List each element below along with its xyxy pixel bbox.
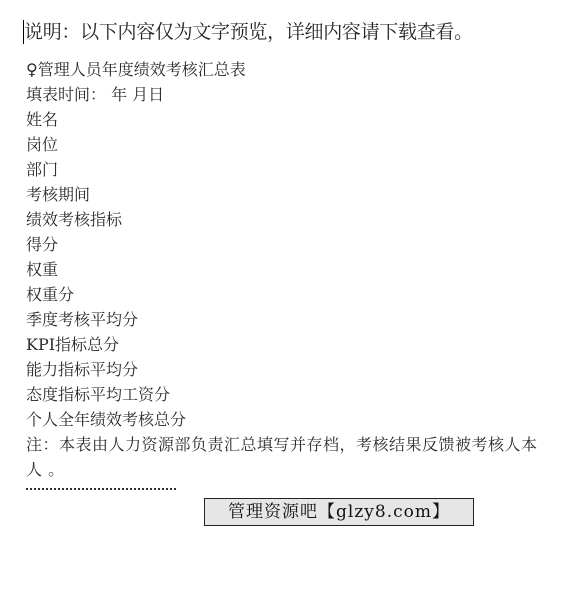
field-weight: 权重 xyxy=(26,257,546,282)
field-score: 得分 xyxy=(26,232,546,257)
site-link-button[interactable]: 管理资源吧【glzy8.com】 xyxy=(204,498,474,526)
fill-date-line: 填表时间： 年 月日 xyxy=(26,82,546,107)
preview-notice-heading: 说明：以下内容仅为文字预览，详细内容请下载查看。 xyxy=(24,18,473,46)
dotted-separator xyxy=(26,488,176,492)
field-department: 部门 xyxy=(26,157,546,182)
field-annual-total: 个人全年绩效考核总分 xyxy=(26,407,546,432)
document-note: 注：本表由人力资源部负责汇总填写并存档，考核结果反馈被考核人本人 。 xyxy=(26,432,546,482)
field-attitude-average: 态度指标平均工资分 xyxy=(26,382,546,407)
document-title: ♀管理人员年度绩效考核汇总表 xyxy=(26,57,546,82)
field-ability-average: 能力指标平均分 xyxy=(26,357,546,382)
field-name: 姓名 xyxy=(26,107,546,132)
field-position: 岗位 xyxy=(26,132,546,157)
field-review-period: 考核期间 xyxy=(26,182,546,207)
document-body: ♀管理人员年度绩效考核汇总表 填表时间： 年 月日 姓名 岗位 部门 考核期间 … xyxy=(26,57,546,482)
field-performance-indicators: 绩效考核指标 xyxy=(26,207,546,232)
field-quarterly-average: 季度考核平均分 xyxy=(26,307,546,332)
field-weighted-score: 权重分 xyxy=(26,282,546,307)
field-kpi-total: KPI指标总分 xyxy=(26,332,546,357)
